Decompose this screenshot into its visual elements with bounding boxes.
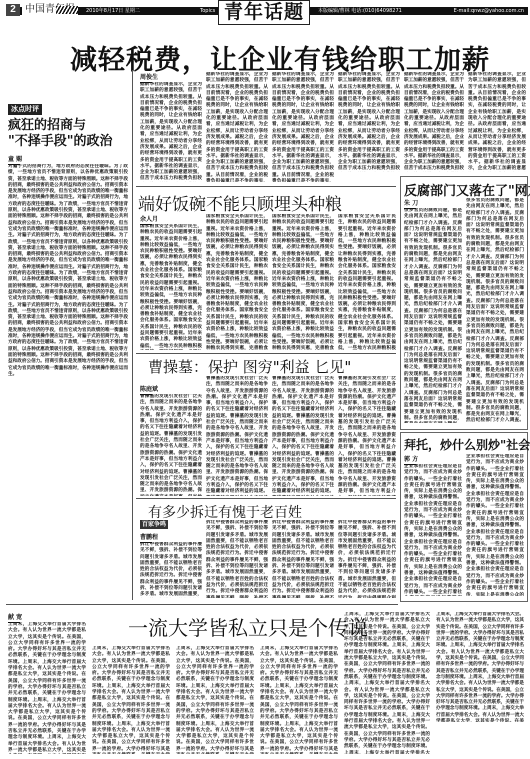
article-body-caocao-2: 曹操墓的发现引发社会广泛关注，然而随之而来的是各地争夺名人故里、开发旅游资源的热… [206, 376, 268, 496]
left-body: 对骗子式的招商行为，地方政府的态度往往暧昧。为了政绩，一些地方官员不惜违背原则，… [8, 164, 128, 594]
article-body-caocao-4: 曹操墓的发现引发社会广泛关注，然而随之而来的是各地争夺名人故里、开发旅游资源的热… [338, 376, 396, 496]
section-rule-3 [136, 498, 396, 499]
masthead: 2 中国青年报 2010年8月17日 星期二 Topics 青年话题 本版编辑/… [0, 0, 530, 26]
left-headline: 疯狂的招商与 "不择手段"的政治 [8, 118, 128, 150]
main-body-col1: 据新华社的调查显示，企业为职工加薪的意愿较强，但苦于成本压力和税费负担较重。从目… [140, 82, 202, 182]
article-body-university-4: 上周末，上海交大举行首届大学排名大会。有人认为世界一流大学都是私立大学，这其实是… [260, 646, 338, 754]
main-body-col5: 据新华社的调查显示，企业为职工加薪的意愿较强，但苦于成本压力和税费负担较重。从目… [404, 72, 464, 172]
article-headline-university: 一流大学皆私立只是个传说 [128, 612, 368, 641]
left-column-divider [132, 70, 133, 600]
editor-contact: 本版编辑/曹林 电话:(010)64098271 [318, 7, 402, 15]
article-headline-caocao: 曹操墓：保护 图穷"利益 匕见" [148, 356, 351, 377]
section-rule-2 [136, 353, 396, 354]
article-body-rice-bowl-3: 国家粮食安全关系国计民生，种粮农民的收益问题需要引起重视。近年来农资价格上涨，种… [272, 214, 334, 350]
article-body-demolition-1: 拆迁中侵害群众利益的事件屡见不鲜，强拆、补偿不到位等问题引发诸多矛盾。城市发展固… [140, 542, 202, 598]
article-body-rice-bowl-1: 国家粮食安全关系国计民生，种粮农民的收益问题需要引起重视。近年来农资价格上涨，种… [140, 224, 202, 350]
left-headline-line1: 疯狂的招商与 [8, 118, 128, 134]
article-body-university-1: 上周末，上海交大举行首届大学排名大会。有人认为世界一流大学都是私立大学，这其实是… [8, 622, 86, 754]
article-body-university-2: 上周末，上海交大举行首届大学排名大会。有人认为世界一流大学都是私立大学，这其实是… [92, 646, 170, 754]
column-tag: 冰点时评 [8, 104, 42, 115]
logo-stripes [56, 6, 78, 14]
page-number: 2 [6, 4, 20, 16]
article-body-anticorruption-1: 很多官员的腐败问题，都是先由网友在网上曝光，然后纪检部门才介入调查。反腐部门为何… [404, 208, 462, 423]
article-headline-anticorruption: 反腐部门又落在了"网友曝"后面 [404, 180, 530, 199]
left-headline-line2: "不择手段"的政治 [8, 134, 128, 150]
article-body-demolition-2: 拆迁中侵害群众利益的事件屡见不鲜，强拆、补偿不到位等问题引发诸多矛盾。城市发展固… [206, 520, 268, 598]
article-body-caocao-3: 曹操墓的发现引发社会广泛关注，然而随之而来的是各地争夺名人故里、开发旅游资源的热… [272, 376, 334, 496]
article-body-university-3: 上周末，上海交大举行首届大学排名大会。有人认为世界一流大学都是私立大学，这其实是… [176, 646, 254, 754]
article-body-demolition-4: 拆迁中侵害群众利益的事件屡见不鲜，强拆、补偿不到位等问题引发诸多矛盾。城市发展固… [338, 520, 396, 598]
article-body-university-5: 上周末，上海交大举行首届大学排名大会。有人认为世界一流大学都是私立大学，这其实是… [344, 612, 430, 754]
issue-date: 2010年8月17日 星期二 [86, 7, 140, 15]
section-rule-4 [6, 604, 398, 605]
article-body-rice-bowl-2: 国家粮食安全关系国计民生，种粮农民的收益问题需要引起重视。近年来农资价格上涨，种… [206, 214, 268, 350]
article-tag-demolition: 百家争鸣 [140, 520, 168, 529]
article-body-rice-bowl-4: 国家粮食安全关系国计民生，种粮农民的收益问题需要引起重视。近年来农资价格上涨，种… [338, 214, 396, 350]
article-headline-social-responsibility: 拜托，炒什么别炒"社会责任" [404, 436, 530, 453]
editor-email: E-mail:qnwz@yahoo.com.cn [454, 7, 524, 15]
article-body-university-6: 上周末，上海交大举行首届大学排名大会。有人认为世界一流大学都是私立大学，这其实是… [436, 612, 524, 722]
main-body-col2: 据新华社的调查显示，企业为职工加薪的意愿较强，但苦于成本压力和税费负担较重。从目… [206, 72, 268, 182]
main-body-col6: 据新华社的调查显示，企业为职工加薪的意愿较强，但苦于成本压力和税费负担较重。从目… [468, 72, 526, 172]
section-title: 青年话题 [218, 0, 310, 25]
article-body-social-responsibility-1: 企业承担社会责任理应是自觉行为，而不应成为商业炒作的噱头。一些企业打着社会责任的… [404, 464, 462, 596]
article-body-social-responsibility-2: 企业承担社会责任理应是自觉行为，而不应成为商业炒作的噱头。一些企业打着社会责任的… [466, 454, 524, 596]
article-body-caocao-1: 曹操墓的发现引发社会广泛关注，然而随之而来的是各地争夺名人故里、开发旅游资源的热… [140, 394, 202, 496]
article-body-demolition-3: 拆迁中侵害群众利益的事件屡见不鲜，强拆、补偿不到位等问题引发诸多矛盾。城市发展固… [272, 520, 334, 598]
article-headline-demolition: 有多少拆迁有愧于老百姓 [148, 502, 302, 522]
section-rule-1 [136, 186, 396, 187]
main-body-col4: 据新华社的调查显示，企业为职工加薪的意愿较强，但苦于成本压力和税费负担较重。从目… [338, 72, 400, 172]
topics-label: Topics [200, 7, 215, 15]
article-body-anticorruption-2: 很多官员的腐败问题，都是先由网友在网上曝光，然后纪检部门才介入调查。反腐部门为何… [466, 198, 524, 423]
main-body-col3: 据新华社的调查显示，企业为职工加薪的意愿较强，但苦于成本压力和税费负担较重。从目… [272, 72, 334, 182]
article-headline-rice-bowl: 端好饭碗不能只顾埋头种粮 [138, 190, 342, 215]
